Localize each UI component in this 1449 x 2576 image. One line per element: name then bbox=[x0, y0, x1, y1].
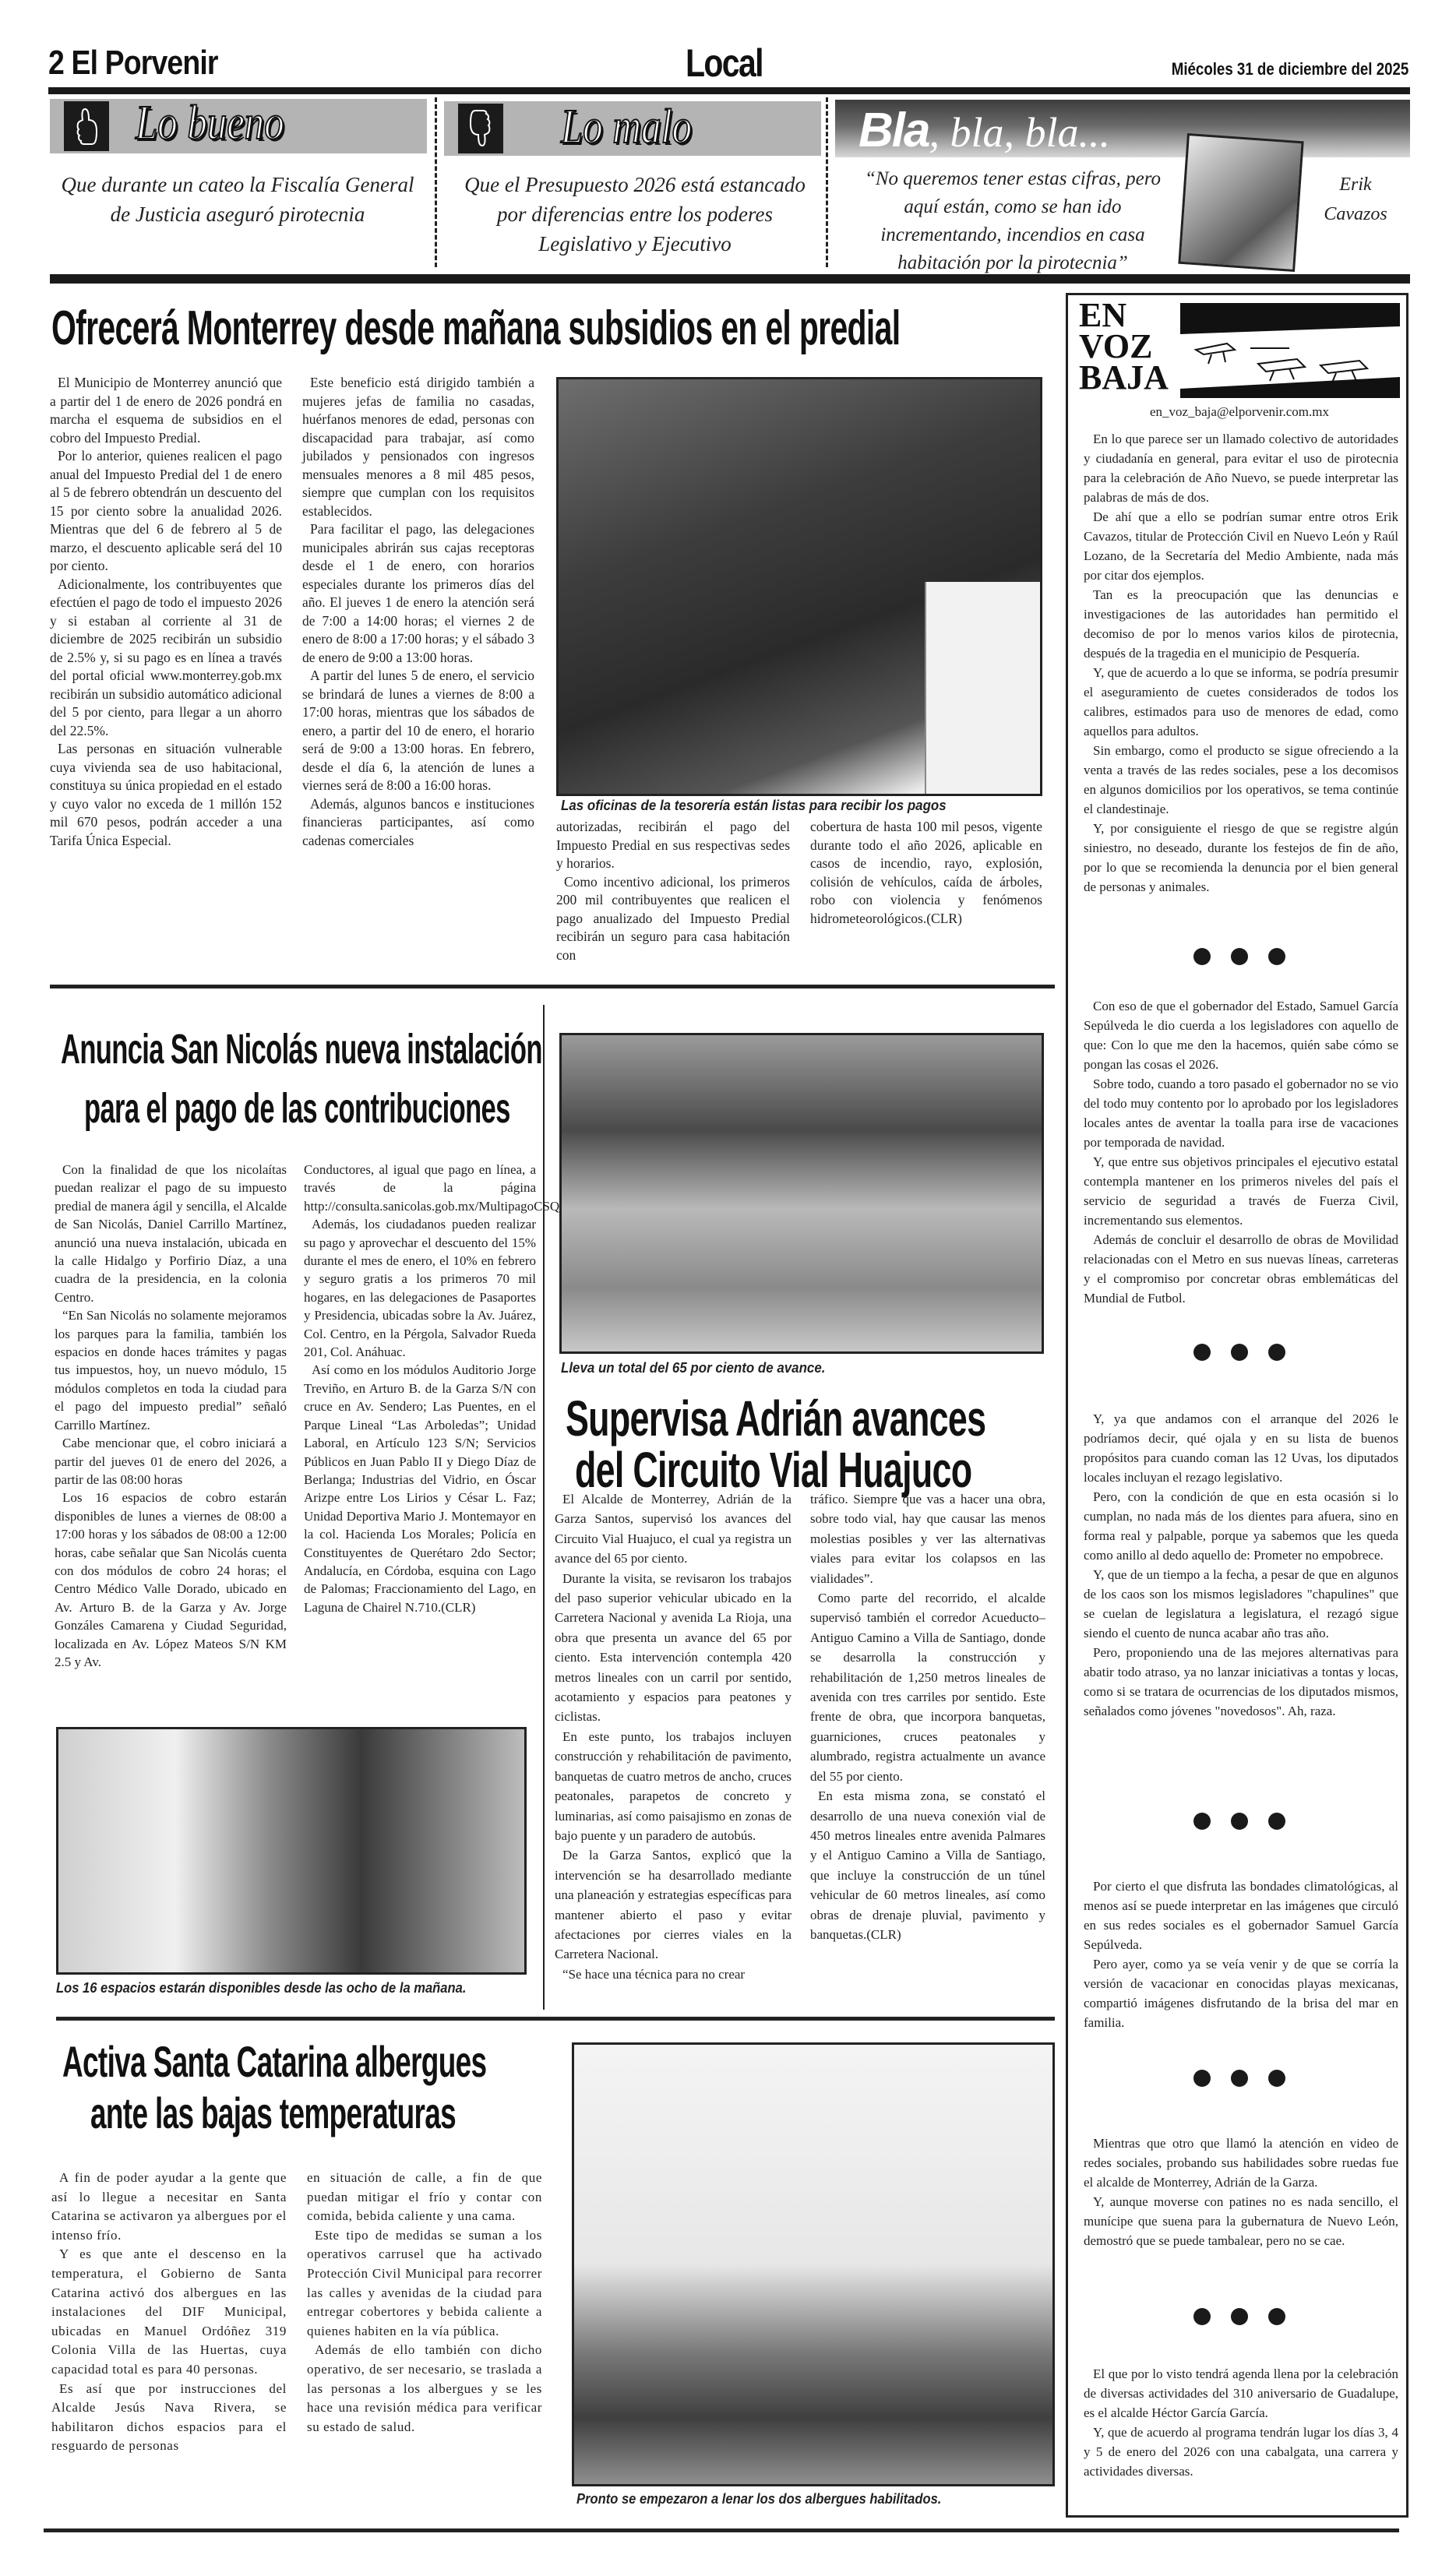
paragraph: Tan es la preocupación que las denuncias… bbox=[1084, 585, 1398, 663]
paragraph: Sobre todo, cuando a toro pasado el gobe… bbox=[1084, 1074, 1398, 1152]
masthead-rule bbox=[48, 87, 1410, 94]
article-monterrey-col-1: El Municipio de Monterrey anunció que a … bbox=[50, 374, 282, 850]
thumbs-up-icon bbox=[64, 101, 109, 151]
paragraph: Y, ya que andamos con el arranque del 20… bbox=[1084, 1409, 1398, 1487]
page-bottom-rule-right bbox=[1056, 2528, 1399, 2532]
bla-title-big: Bla bbox=[858, 104, 929, 157]
column-divider bbox=[543, 1005, 545, 2010]
lo-bueno-header: Lo bueno bbox=[50, 99, 427, 153]
paragraph: El que por lo visto tendrá agenda llena … bbox=[1084, 2364, 1398, 2423]
lo-malo-text: Que el Presupuesto 2026 está estancado p… bbox=[456, 170, 814, 259]
paragraph: Con la finalidad de que los nicolaítas p… bbox=[55, 1161, 287, 1306]
column-divider bbox=[826, 97, 828, 267]
paragraph: Los 16 espacios de cobro estarán disponi… bbox=[55, 1489, 287, 1671]
paragraph: Además, los ciudadanos pueden realizar s… bbox=[304, 1215, 536, 1361]
three-dots-separator bbox=[1068, 2070, 1411, 2087]
title-line: VOZ bbox=[1079, 331, 1169, 362]
paragraph: cobertura de hasta 100 mil pesos, vigent… bbox=[810, 818, 1042, 928]
paragraph: Por cierto el que disfruta las bondades … bbox=[1084, 1876, 1398, 1954]
page-bottom-rule bbox=[44, 2528, 1056, 2532]
paragraph: En este punto, los trabajos incluyen con… bbox=[555, 1727, 791, 1845]
lo-malo-header: Lo malo bbox=[444, 101, 821, 156]
photo-caption-tesoreria: Las oficinas de la tesorería están lista… bbox=[561, 798, 947, 814]
paragraph: Pero, proponiendo una de las mejores alt… bbox=[1084, 1643, 1398, 1721]
paragraph: Mientras que otro que llamó la atención … bbox=[1084, 2134, 1398, 2192]
paragraph: Y, que de acuerdo al programa tendrán lu… bbox=[1084, 2423, 1398, 2481]
article-huajuco-headline-line-1: Supervisa Adrián avances bbox=[566, 1390, 985, 1447]
photo-albergue-santa-catarina bbox=[572, 2042, 1055, 2486]
page-number-and-paper-name: 2 El Porvenir bbox=[48, 44, 218, 83]
three-dots-separator bbox=[1068, 2308, 1411, 2325]
evb-section-1: En lo que parece ser un llamado colectiv… bbox=[1084, 429, 1398, 897]
paragraph: Además de concluir el desarrollo de obra… bbox=[1084, 1230, 1398, 1308]
lo-bueno-text: Que durante un cateo la Fiscalía General… bbox=[55, 170, 421, 229]
paragraph: Así como en los módulos Auditorio Jorge … bbox=[304, 1361, 536, 1616]
article-monterrey-col-3: autorizadas, recibirán el pago del Impue… bbox=[556, 818, 790, 964]
paragraph: El Municipio de Monterrey anunció que a … bbox=[50, 374, 282, 447]
en-voz-baja-title: EN VOZ BAJA bbox=[1079, 300, 1169, 393]
evb-section-3: Y, ya que andamos con el arranque del 20… bbox=[1084, 1409, 1398, 1721]
paragraph: Y, por consiguiente el riesgo de que se … bbox=[1084, 819, 1398, 897]
article-san-nicolas-headline-line-2: para el pago de las contribuciones bbox=[84, 1084, 510, 1133]
paragraph: Es así que por instrucciones del Alcalde… bbox=[51, 2380, 287, 2456]
three-dots-separator bbox=[1068, 1813, 1411, 1830]
bla-bla-bla-header: Bla, bla, bla... bbox=[835, 100, 1410, 157]
three-dots-separator bbox=[1068, 948, 1411, 965]
article-monterrey-col-4: cobertura de hasta 100 mil pesos, vigent… bbox=[810, 818, 1042, 928]
paragraph: Este tipo de medidas se suman a los oper… bbox=[307, 2226, 542, 2342]
paragraph: De ahí que a ello se podrían sumar entre… bbox=[1084, 507, 1398, 585]
article-santa-catarina-headline-line-1: Activa Santa Catarina albergues bbox=[62, 2036, 486, 2087]
crickets-banner-icon bbox=[1180, 303, 1400, 398]
paragraph: En esta misma zona, se constató el desar… bbox=[810, 1786, 1045, 1944]
bla-person-last-name: Cavazos bbox=[1317, 199, 1394, 229]
article-santa-catarina-col-1: A fin de poder ayudar a la gente que así… bbox=[51, 2169, 287, 2456]
photo-caption-huajuco: Lleva un total del 65 por ciento de avan… bbox=[561, 1360, 825, 1376]
evb-section-2: Con eso de que el gobernador del Estado,… bbox=[1084, 996, 1398, 1308]
paragraph: Sin embargo, como el producto se sigue o… bbox=[1084, 741, 1398, 819]
paragraph: Cabe mencionar que, el cobro iniciará a … bbox=[55, 1434, 287, 1489]
evb-section-5: Mientras que otro que llamó la atención … bbox=[1084, 2134, 1398, 2250]
paragraph: Este beneficio está dirigido también a m… bbox=[302, 374, 534, 520]
paragraph: Adicionalmente, los contribuyentes que e… bbox=[50, 576, 282, 741]
paragraph: Y, aunque moverse con patines no es nada… bbox=[1084, 2192, 1398, 2250]
paragraph: en situación de calle, a fin de que pued… bbox=[307, 2169, 542, 2226]
en-voz-baja-email[interactable]: en_voz_baja@elporvenir.com.mx bbox=[1068, 404, 1411, 420]
article-santa-catarina-col-2: en situación de calle, a fin de que pued… bbox=[307, 2169, 542, 2437]
paragraph: El Alcalde de Monterrey, Adrián de la Ga… bbox=[555, 1489, 791, 1569]
paga-aqui-predial-sign bbox=[925, 582, 1040, 796]
paragraph: Como incentivo adicional, los primeros 2… bbox=[556, 873, 790, 965]
bla-quote: “No queremos tener estas cifras, pero aq… bbox=[857, 165, 1169, 277]
paragraph: tráfico. Siempre que vas a hacer una obr… bbox=[810, 1489, 1045, 1588]
photo-caption-san-nicolas: Los 16 espacios estarán disponibles desd… bbox=[56, 1980, 466, 1996]
photo-caption-albergue: Pronto se empezaron a lenar los dos albe… bbox=[576, 2491, 941, 2507]
article-santa-catarina-headline-line-2: ante las bajas temperaturas bbox=[90, 2088, 456, 2138]
photo-circuito-vial-huajuco bbox=[559, 1033, 1044, 1354]
lo-malo-title: Lo malo bbox=[561, 100, 692, 155]
issue-date: Miécoles 31 de diciembre del 2025 bbox=[1171, 59, 1408, 79]
article-huajuco-col-1: El Alcalde de Monterrey, Adrián de la Ga… bbox=[555, 1489, 791, 1984]
paragraph: “En San Nicolás no solamente mejoramos l… bbox=[55, 1306, 287, 1434]
paragraph: Y, que de un tiempo a la fecha, a pesar … bbox=[1084, 1565, 1398, 1643]
bla-bla-bla-title: Bla, bla, bla... bbox=[858, 103, 1110, 158]
paragraph: “Se hace una técnica para no crear bbox=[555, 1965, 791, 1984]
en-voz-baja-column: EN VOZ BAJA en_voz_baja@elporvenir.com.m… bbox=[1066, 293, 1408, 2518]
bla-title-rest: , bla, bla... bbox=[929, 109, 1110, 156]
paragraph: Durante la visita, se revisaron los trab… bbox=[555, 1569, 791, 1727]
photo-tesoreria-office bbox=[556, 377, 1042, 796]
thumbs-down-icon bbox=[458, 104, 503, 153]
three-dots-separator bbox=[1068, 1344, 1411, 1361]
article-san-nicolas-headline-line-1: Anuncia San Nicolás nueva instalación bbox=[61, 1025, 542, 1073]
article-monterrey-predial-headline: Ofrecerá Monterrey desde mañana subsidio… bbox=[51, 301, 900, 356]
column-divider bbox=[435, 97, 437, 267]
paragraph: Y, que de acuerdo a lo que se informa, s… bbox=[1084, 663, 1398, 741]
paragraph: Y es que ante el descenso en la temperat… bbox=[51, 2245, 287, 2379]
section-divider bbox=[56, 2017, 1055, 2021]
section-name: Local bbox=[686, 41, 763, 86]
evb-section-4: Por cierto el que disfruta las bondades … bbox=[1084, 1876, 1398, 2032]
paragraph: Con eso de que el gobernador del Estado,… bbox=[1084, 996, 1398, 1074]
article-san-nicolas-col-1: Con la finalidad de que los nicolaítas p… bbox=[55, 1161, 287, 1671]
article-san-nicolas-col-2: Conductores, al igual que pago en línea,… bbox=[304, 1161, 536, 1616]
paragraph: Pero ayer, como ya se veía venir y de qu… bbox=[1084, 1954, 1398, 2032]
paragraph: Y, que entre sus objetivos principales e… bbox=[1084, 1152, 1398, 1230]
paragraph: Pero, con la condición de que en esta oc… bbox=[1084, 1487, 1398, 1565]
paragraph: Conductores, al igual que pago en línea,… bbox=[304, 1161, 536, 1215]
paragraph: Además de ello también con dicho operati… bbox=[307, 2341, 542, 2437]
article-monterrey-col-2: Este beneficio está dirigido también a m… bbox=[302, 374, 534, 850]
paragraph: Las personas en situación vulnerable cuy… bbox=[50, 740, 282, 850]
paragraph: A fin de poder ayudar a la gente que así… bbox=[51, 2169, 287, 2245]
paragraph: autorizadas, recibirán el pago del Impue… bbox=[556, 818, 790, 873]
title-line: BAJA bbox=[1079, 362, 1169, 393]
paragraph: Por lo anterior, quienes realicen el pag… bbox=[50, 447, 282, 576]
paragraph: Como parte del recorrido, el alcalde sup… bbox=[810, 1588, 1045, 1786]
bla-person-first-name: Erik bbox=[1317, 170, 1394, 199]
paragraph: A partir del lunes 5 de enero, el servic… bbox=[302, 667, 534, 795]
lo-bueno-title: Lo bueno bbox=[136, 96, 284, 151]
paragraph: Para facilitar el pago, las delegaciones… bbox=[302, 520, 534, 667]
title-line: EN bbox=[1079, 300, 1169, 331]
section-divider bbox=[50, 985, 1055, 988]
evb-section-6: El que por lo visto tendrá agenda llena … bbox=[1084, 2364, 1398, 2481]
article-huajuco-col-2: tráfico. Siempre que vas a hacer una obr… bbox=[810, 1489, 1045, 1944]
paragraph: De la Garza Santos, explicó que la inter… bbox=[555, 1845, 791, 1964]
paragraph: Además, algunos bancos e instituciones f… bbox=[302, 795, 534, 851]
top-boxes-bottom-rule bbox=[50, 274, 1410, 284]
paragraph: En lo que parece ser un llamado colectiv… bbox=[1084, 429, 1398, 507]
photo-alcalde-san-nicolas bbox=[56, 1727, 527, 1975]
erik-cavazos-portrait bbox=[1178, 133, 1303, 272]
